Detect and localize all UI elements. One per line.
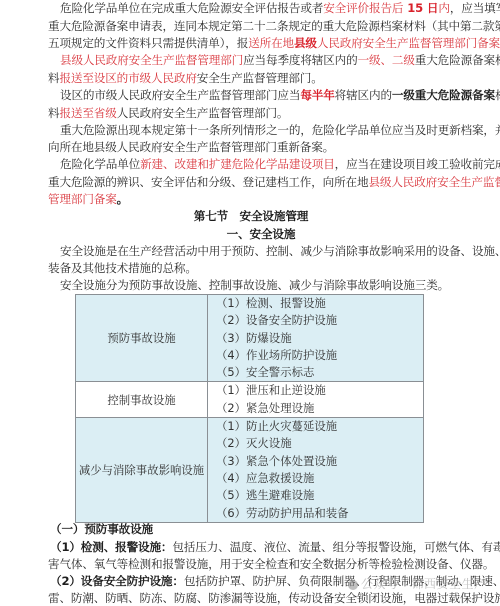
highlight-text: 管理部门备案 xyxy=(48,192,117,206)
text: 料 xyxy=(48,71,59,85)
category-cell: 控制事故设施 xyxy=(76,382,208,418)
para1-line2: 重大危险源备案申请表，连同本规定第二十二条规定的重大危险源档案材料（其中第二款第 xyxy=(48,18,500,35)
list-item: （2）灭火设施 xyxy=(216,435,423,452)
highlight-text: 报送至设区的市级人民政府 xyxy=(59,71,196,85)
bold-text: 一级重大危险源备案 xyxy=(392,88,495,102)
list-item: （1）检测、报警设施 xyxy=(216,295,423,312)
text: 人民政府安全生产监督管理部门。 xyxy=(117,106,289,120)
highlight-text: 县级人民政府安全生产监督 xyxy=(368,175,500,189)
highlight-text: 报送至省级 xyxy=(59,106,116,120)
highlight-bold-text: 县级 xyxy=(294,36,317,50)
watermark: 公众号 · 锦西安全生产 xyxy=(348,575,486,592)
para3-line2: 料报送至省级人民政府安全生产监督管理部门。 xyxy=(48,105,288,122)
list-item: （6）劳动防护用品和装备 xyxy=(216,505,423,522)
text: 应当每季度将辖区内的 xyxy=(243,53,357,67)
para2-line1: 县级人民政府安全生产监督管理部门应当每季度将辖区内的一级、二级重大危险源备案材 xyxy=(60,52,500,69)
table-row: 预防事故设施 （1）检测、报警设施 （2）设备安全防护设施 （3）防爆设施 （4… xyxy=(76,295,424,382)
highlight-text: 县级人民政府安全生产监督管理部门 xyxy=(60,53,243,67)
items-cell: （1）防止火灾蔓延设施 （2）灭火设施 （3）紧急个体处置设施 （4）应急救援设… xyxy=(208,418,424,523)
list-item: （1）泄压和止逆设施 xyxy=(216,382,423,399)
para5-line2: 重大危险源的辨识、安全评估和分级、登记建档工作，向所在地县级人民政府安全生产监督 xyxy=(48,174,500,191)
list-item: （3）防爆设施 xyxy=(216,330,423,347)
para5-line3: 管理部门备案。 xyxy=(48,191,128,208)
list-item: （1）防止火灾蔓延设施 xyxy=(216,418,423,435)
highlight-bold-text: 每半年 xyxy=(300,88,334,102)
list-item: （2）设备安全防护设施 xyxy=(216,312,423,329)
highlight-text: 人民政府安全生产监督管理部门备案 xyxy=(317,36,500,50)
para1-line1: 危险化学品单位在完成重大危险源安全评估报告或者安全评价报告后 15 日内，应当填… xyxy=(60,0,500,17)
list-item: （5）逃生避难设施 xyxy=(216,487,423,504)
sub1-item2-line2: 雷、防潮、防晒、防冻、防腐、防渗漏等设施，传动设备安全锁闭设施，电器过载保护设施… xyxy=(48,590,500,606)
table-row: 减少与消除事故影响设施 （1）防止火灾蔓延设施 （2）灭火设施 （3）紧急个体处… xyxy=(76,418,424,523)
text: 危险化学品单位在完成重大危险源安全评估报告或者 xyxy=(60,1,323,15)
para2-line2: 料报送至设区的市级人民政府安全生产监督管理部门。 xyxy=(48,70,323,87)
table-row: 控制事故设施 （1）泄压和止逆设施 （2）紧急处理设施 xyxy=(76,382,424,418)
deadline-text: 15 日 xyxy=(403,1,438,15)
text: 材 xyxy=(495,88,500,102)
highlight-text: 内 xyxy=(438,1,449,15)
subsection-heading: （一）预防事故设施 xyxy=(50,521,153,538)
list-item: （2）紧急处理设施 xyxy=(216,400,423,417)
para6-line1: 安全设施是在生产经营活动中用于预防、控制、减少与消除事故影响采用的设备、设施、 xyxy=(60,243,500,260)
safety-facilities-table: 预防事故设施 （1）检测、报警设施 （2）设备安全防护设施 （3）防爆设施 （4… xyxy=(75,294,424,523)
highlight-text: 送所在地 xyxy=(248,36,294,50)
category-cell: 预防事故设施 xyxy=(76,295,208,382)
item-label: （1）检测、报警设施： xyxy=(50,540,172,554)
items-cell: （1）检测、报警设施 （2）设备安全防护设施 （3）防爆设施 （4）作业场所防护… xyxy=(208,295,424,382)
text: 设区的市级人民政府安全生产监督管理部门应当 xyxy=(60,88,300,102)
para6-line2: 装备及其他技术措施的总称。 xyxy=(48,260,197,277)
wechat-icon xyxy=(348,580,358,590)
section-title: 第七节 安全设施管理 xyxy=(48,208,454,225)
text: ，应当填写 xyxy=(450,1,500,15)
text: ，应当在建设项目竣工验收前完成 xyxy=(335,157,500,171)
text: 包括压力、温度、液位、流量、组分等报警设施，可燃气体、有毒有 xyxy=(172,540,500,554)
sub1-item1-line2: 害气体、氧气等检测和报警设施，用于安全检查和安全数据分析等检验检测设备、仪器。 xyxy=(48,556,494,573)
text: 重大危险源备案材 xyxy=(415,53,500,67)
category-cell: 减少与消除事故影响设施 xyxy=(76,418,208,523)
text: 料 xyxy=(48,106,59,120)
watermark-text: 公众号 · 锦西安全生产 xyxy=(361,577,486,591)
para7-line1: 安全设施分为预防事故设施、控制事故设施、减少与消除事故影响设施三类。 xyxy=(60,277,449,294)
para3-line1: 设区的市级人民政府安全生产监督管理部门应当每半年将辖区内的一级重大危险源备案材 xyxy=(60,87,500,104)
text: 将辖区内的 xyxy=(335,88,392,102)
text: 五项规定的文件资料只需提供清单），报 xyxy=(48,36,248,50)
text: 。 xyxy=(117,192,128,206)
text: 重大危险源的辨识、安全评估和分级、登记建档工作，向所在地 xyxy=(48,175,368,189)
items-cell: （1）泄压和止逆设施 （2）紧急处理设施 xyxy=(208,382,424,418)
highlight-text: 一级、二级 xyxy=(358,53,415,67)
para4-line2: 向所在地县级人民政府安全生产监督管理部门重新备案。 xyxy=(48,139,334,156)
list-item: （4）应急救援设施 xyxy=(216,470,423,487)
text: 安全生产监督管理部门。 xyxy=(197,71,323,85)
list-item: （3）紧急个体处置设施 xyxy=(216,453,423,470)
list-item: （4）作业场所防护设施 xyxy=(216,347,423,364)
sub1-item1-line1: （1）检测、报警设施：包括压力、温度、液位、流量、组分等报警设施，可燃气体、有毒… xyxy=(50,539,500,556)
highlight-text: 安全评价报告后 xyxy=(323,1,403,15)
para5-line1: 危险化学品单位新建、改建和扩建危险化学品建设项目，应当在建设项目竣工验收前完成 xyxy=(60,156,500,173)
item-label: （2）设备安全防护设施： xyxy=(50,574,184,588)
para1-line3: 五项规定的文件资料只需提供清单），报送所在地县级人民政府安全生产监督管理部门备案… xyxy=(48,35,500,52)
para4-line1: 重大危险源出现本规定第十一条所列情形之一的，危险化学品单位应当及时更新档案，并 xyxy=(60,122,500,139)
text: 危险化学品单位 xyxy=(60,157,140,171)
list-item: （5）安全警示标志 xyxy=(216,364,423,381)
section-subtitle: 一、安全设施 xyxy=(48,226,454,243)
highlight-text: 新建、改建和扩建危险化学品建设项目 xyxy=(140,157,335,171)
